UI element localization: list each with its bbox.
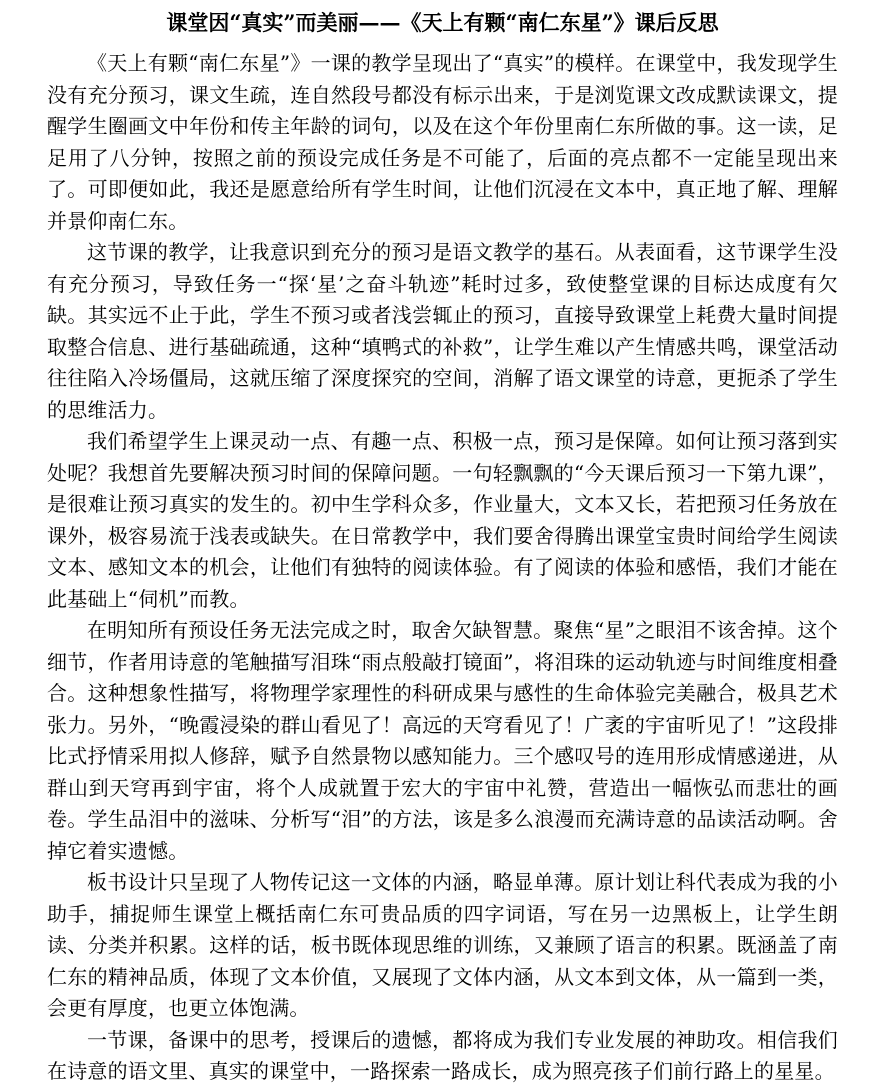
paragraph: 这节课的教学，让我意识到充分的预习是语文教学的基石。从表面看，这节课学生没有充分…: [47, 237, 838, 426]
document-body: 《天上有颗“南仁东星”》一课的教学呈现出了“真实”的模样。在课堂中，我发现学生没…: [47, 48, 838, 1087]
paragraph: 《天上有颗“南仁东星”》一课的教学呈现出了“真实”的模样。在课堂中，我发现学生没…: [47, 48, 838, 237]
paragraph: 在明知所有预设任务无法完成之时，取舍欠缺智慧。聚焦“星”之眼泪不该舍掉。这个细节…: [47, 615, 838, 867]
document-title: 课堂因“真实”而美丽——《天上有颗“南仁东星”》课后反思: [47, 8, 838, 38]
paragraph: 我们希望学生上课灵动一点、有趣一点、积极一点，预习是保障。如何让预习落到实处呢？…: [47, 426, 838, 615]
paragraph: 一节课，备课中的思考，授课后的遗憾，都将成为我们专业发展的神助攻。相信我们在诗意…: [47, 1025, 838, 1087]
paragraph: 板书设计只呈现了人物传记这一文体的内涵，略显单薄。原计划让科代表成为我的小助手，…: [47, 867, 838, 1025]
document-page: 课堂因“真实”而美丽——《天上有颗“南仁东星”》课后反思 《天上有颗“南仁东星”…: [0, 0, 885, 1087]
